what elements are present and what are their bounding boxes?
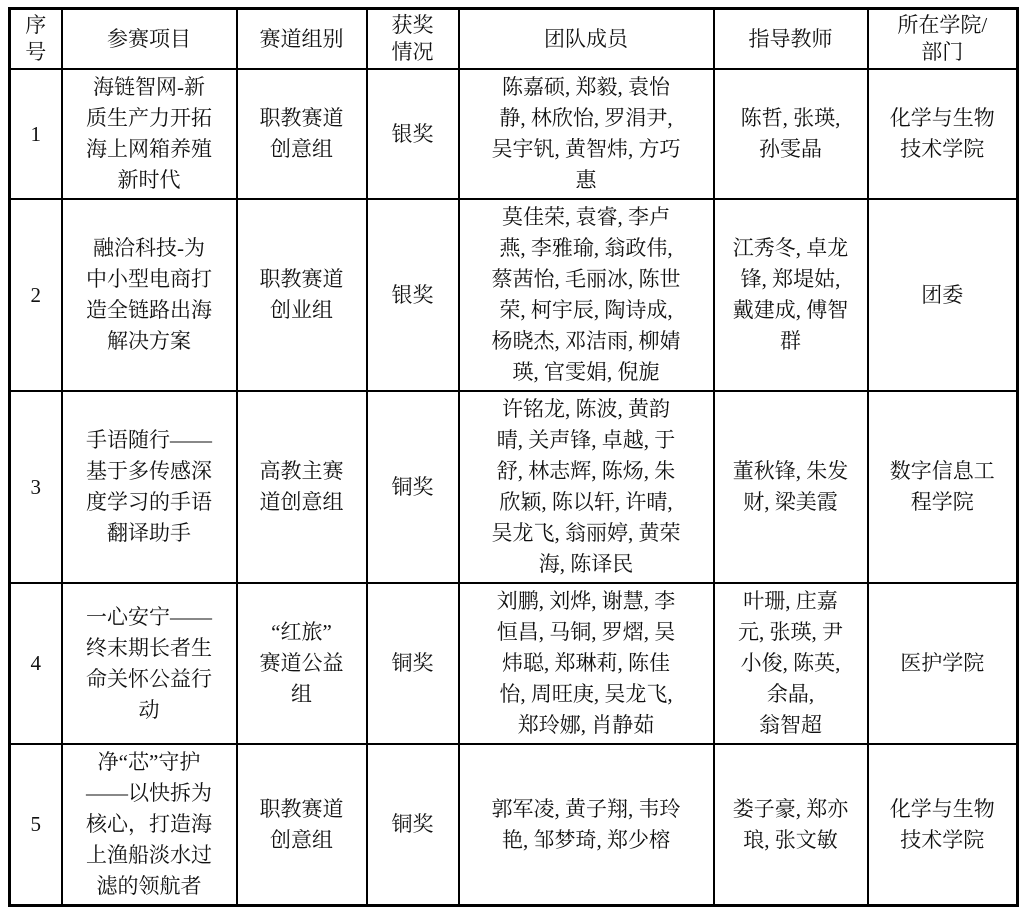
- table-row: 4 一心安宁—— 终末期长者生 命关怀公益行 动 “红旅” 赛道公益 组 铜奖 …: [10, 583, 1018, 744]
- header-department: 所在学院/ 部门: [868, 9, 1018, 70]
- cell-index: 4: [10, 583, 62, 744]
- cell-project: 净“芯”守护 ——以快拆为 核心，打造海 上渔船淡水过 滤的领航者: [62, 744, 237, 906]
- cell-advisors: 江秀冬, 卓龙 锋, 郑堤姑, 戴建成, 傅智 群: [714, 199, 868, 391]
- header-track: 赛道组别: [237, 9, 367, 70]
- award-results-table: 序 号 参赛项目 赛道组别 获奖 情况 团队成员 指导教师 所在学院/ 部门 1…: [8, 7, 1019, 907]
- cell-project: 手语随行—— 基于多传感深 度学习的手语 翻译助手: [62, 391, 237, 583]
- cell-track: 职教赛道 创意组: [237, 744, 367, 906]
- cell-award: 铜奖: [367, 583, 459, 744]
- header-index: 序 号: [10, 9, 62, 70]
- table-header-row: 序 号 参赛项目 赛道组别 获奖 情况 团队成员 指导教师 所在学院/ 部门: [10, 9, 1018, 70]
- cell-advisors: 叶珊, 庄嘉 元, 张瑛, 尹 小俊, 陈英, 余晶, 翁智超: [714, 583, 868, 744]
- cell-track: 高教主赛 道创意组: [237, 391, 367, 583]
- cell-project: 海链智网-新 质生产力开拓 海上网箱养殖 新时代: [62, 69, 237, 199]
- cell-department: 医护学院: [868, 583, 1018, 744]
- header-advisors: 指导教师: [714, 9, 868, 70]
- cell-index: 5: [10, 744, 62, 906]
- cell-award: 银奖: [367, 69, 459, 199]
- cell-department: 化学与生物 技术学院: [868, 69, 1018, 199]
- cell-track: 职教赛道 创意组: [237, 69, 367, 199]
- page: 序 号 参赛项目 赛道组别 获奖 情况 团队成员 指导教师 所在学院/ 部门 1…: [0, 0, 1024, 911]
- header-members: 团队成员: [459, 9, 714, 70]
- cell-department: 数字信息工 程学院: [868, 391, 1018, 583]
- header-project: 参赛项目: [62, 9, 237, 70]
- cell-advisors: 董秋锋, 朱发 财, 梁美霞: [714, 391, 868, 583]
- cell-members: 许铭龙, 陈波, 黄韵 晴, 关声锋, 卓越, 于 舒, 林志辉, 陈炀, 朱 …: [459, 391, 714, 583]
- cell-track: 职教赛道 创业组: [237, 199, 367, 391]
- table-row: 5 净“芯”守护 ——以快拆为 核心，打造海 上渔船淡水过 滤的领航者 职教赛道…: [10, 744, 1018, 906]
- cell-award: 铜奖: [367, 744, 459, 906]
- cell-track: “红旅” 赛道公益 组: [237, 583, 367, 744]
- header-award: 获奖 情况: [367, 9, 459, 70]
- cell-project: 融洽科技-为 中小型电商打 造全链路出海 解决方案: [62, 199, 237, 391]
- cell-department: 团委: [868, 199, 1018, 391]
- cell-award: 铜奖: [367, 391, 459, 583]
- cell-members: 莫佳荣, 袁睿, 李卢 燕, 李雅瑜, 翁政伟, 蔡茜怡, 毛丽冰, 陈世 荣,…: [459, 199, 714, 391]
- cell-project: 一心安宁—— 终末期长者生 命关怀公益行 动: [62, 583, 237, 744]
- table-row: 3 手语随行—— 基于多传感深 度学习的手语 翻译助手 高教主赛 道创意组 铜奖…: [10, 391, 1018, 583]
- cell-index: 2: [10, 199, 62, 391]
- cell-advisors: 陈哲, 张瑛, 孙雯晶: [714, 69, 868, 199]
- table-row: 2 融洽科技-为 中小型电商打 造全链路出海 解决方案 职教赛道 创业组 银奖 …: [10, 199, 1018, 391]
- cell-department: 化学与生物 技术学院: [868, 744, 1018, 906]
- cell-members: 刘鹏, 刘烨, 谢慧, 李 恒昌, 马铜, 罗熠, 吴 炜聪, 郑琳莉, 陈佳 …: [459, 583, 714, 744]
- cell-members: 陈嘉硕, 郑毅, 袁怡 静, 林欣怡, 罗涓尹, 吴宇钒, 黄智炜, 方巧 惠: [459, 69, 714, 199]
- cell-members: 郭军凌, 黄子翔, 韦玲 艳, 邹梦琦, 郑少榕: [459, 744, 714, 906]
- cell-index: 1: [10, 69, 62, 199]
- cell-advisors: 娄子豪, 郑亦 琅, 张文敏: [714, 744, 868, 906]
- cell-index: 3: [10, 391, 62, 583]
- table-row: 1 海链智网-新 质生产力开拓 海上网箱养殖 新时代 职教赛道 创意组 银奖 陈…: [10, 69, 1018, 199]
- cell-award: 银奖: [367, 199, 459, 391]
